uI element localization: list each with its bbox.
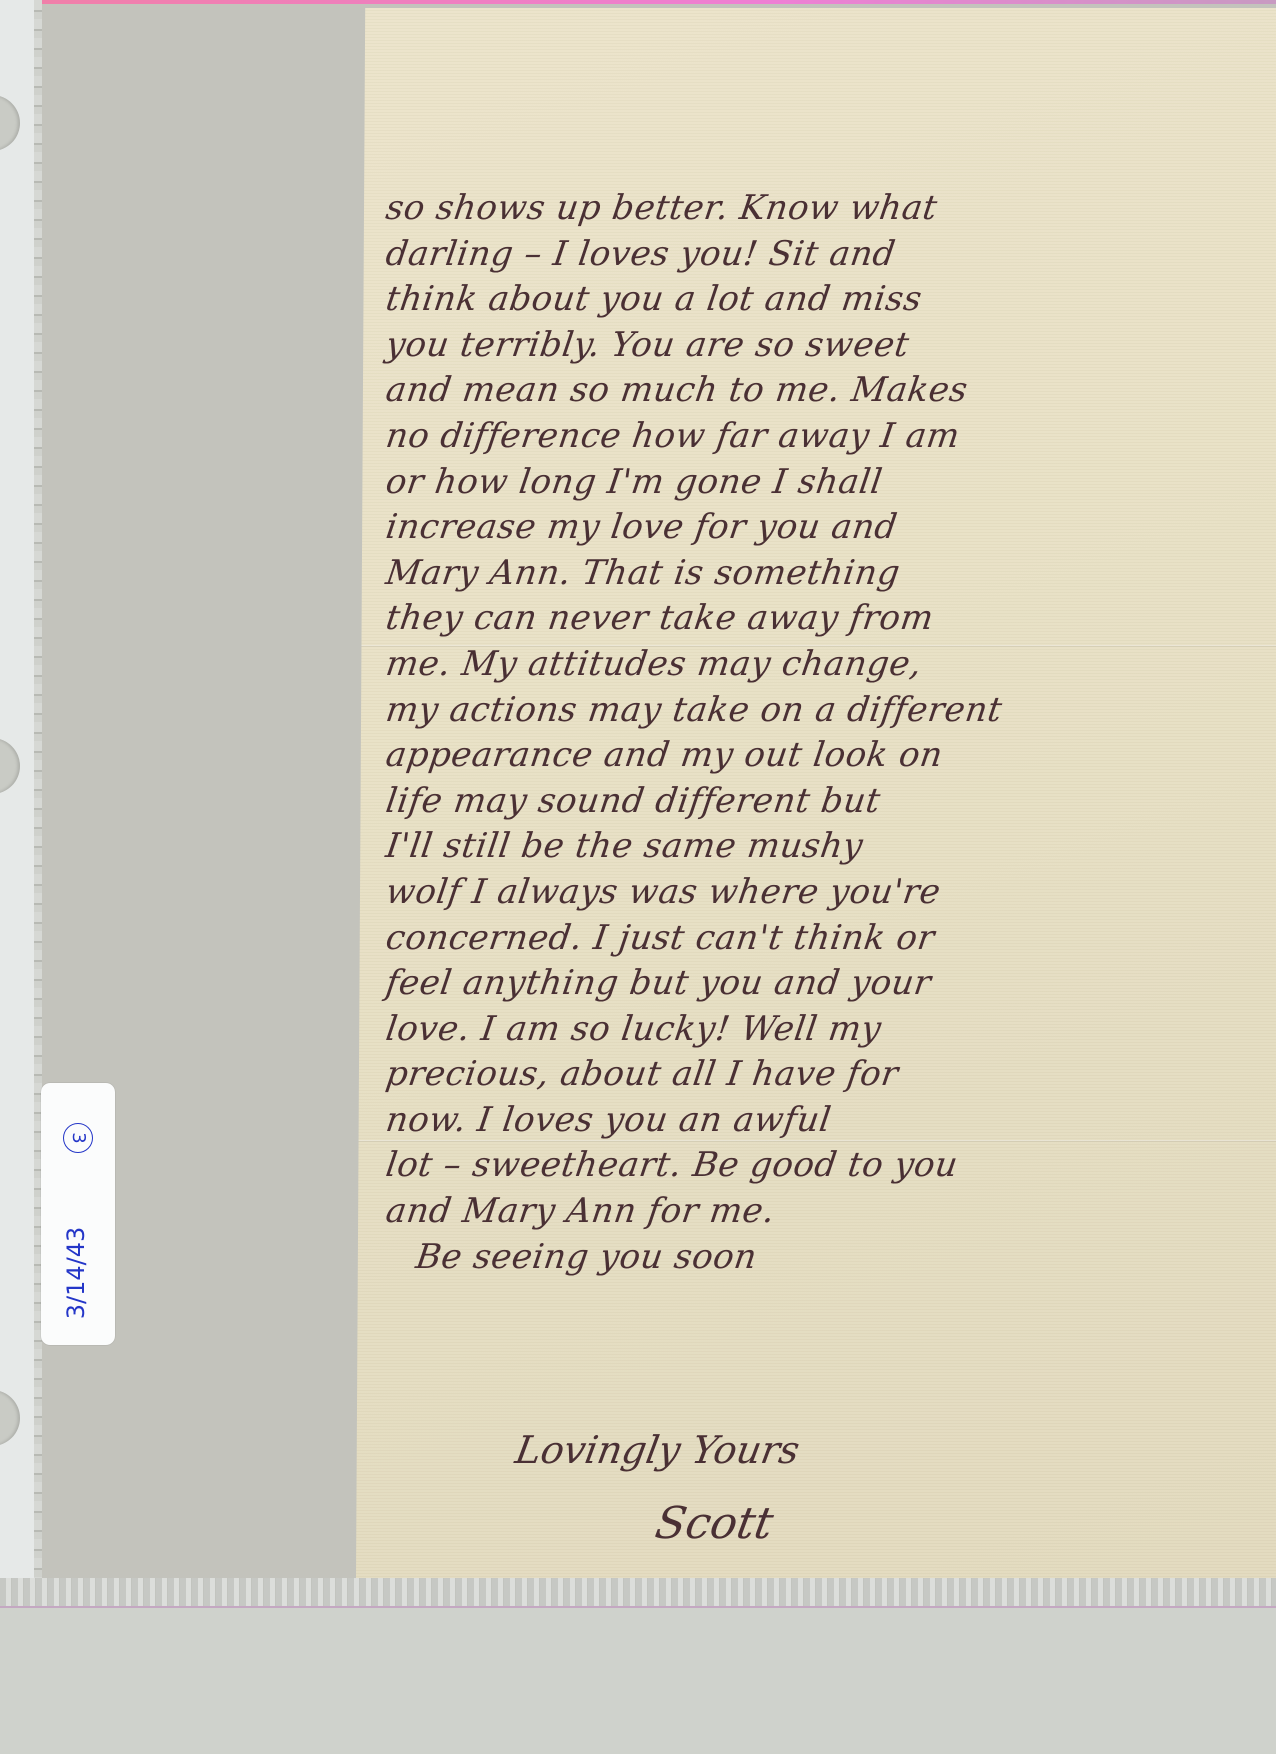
binder-hole-icon <box>0 1390 20 1446</box>
letter-line: or how long I'm gone I shall <box>383 460 1259 506</box>
letter-line: I'll still be the same mushy <box>383 824 1259 870</box>
letter-line: so shows up better. Know what <box>383 186 1259 232</box>
letter-line: they can never take away from <box>383 596 1259 642</box>
archive-label: 3 3/14/43 <box>41 1083 115 1345</box>
letter-paper: so shows up better. Know what darling – … <box>356 8 1276 1578</box>
label-date: 3/14/43 <box>61 1208 91 1338</box>
letter-line: life may sound different but <box>383 779 1259 825</box>
letter-line: Mary Ann. That is something <box>383 551 1259 597</box>
letter-line: no difference how far away I am <box>383 414 1259 460</box>
letter-line: lot – sweetheart. Be good to you <box>383 1143 1259 1189</box>
letter-line: feel anything but you and your <box>383 961 1259 1007</box>
letter-line: think about you a lot and miss <box>383 277 1259 323</box>
letter-line: concerned. I just can't think or <box>383 916 1259 962</box>
letter-line: me. My attitudes may change, <box>383 642 1259 688</box>
page-number-badge: 3 <box>63 1123 93 1153</box>
scanned-page: so shows up better. Know what darling – … <box>0 0 1276 1754</box>
letter-line: my actions may take on a different <box>383 688 1259 734</box>
letter-line: now. I loves you an awful <box>383 1098 1259 1144</box>
sleeve-bottom-edge <box>0 1578 1276 1608</box>
letter-line: and Mary Ann for me. <box>383 1189 1259 1235</box>
letter-line: precious, about all I have for <box>383 1052 1259 1098</box>
letter-body: so shows up better. Know what darling – … <box>386 186 1256 1280</box>
letter-line: Be seeing you soon <box>383 1235 1259 1281</box>
letter-line: and mean so much to me. Makes <box>383 368 1259 414</box>
letter-signature: Scott <box>652 1498 778 1549</box>
scan-background <box>0 1608 1276 1754</box>
letter-line: increase my love for you and <box>383 505 1259 551</box>
binder-strip <box>0 0 36 1605</box>
letter-closing: Lovingly Yours <box>512 1428 803 1472</box>
binder-hole-icon <box>0 95 20 151</box>
letter-line: love. I am so lucky! Well my <box>383 1007 1259 1053</box>
sleeve-perforation <box>34 0 42 1605</box>
binder-hole-icon <box>0 738 20 794</box>
letter-line: appearance and my out look on <box>383 733 1259 779</box>
letter-line: wolf I always was where you're <box>383 870 1259 916</box>
letter-line: darling – I loves you! Sit and <box>383 232 1259 278</box>
letter-line: you terribly. You are so sweet <box>383 323 1259 369</box>
top-edge-line <box>30 0 1276 4</box>
